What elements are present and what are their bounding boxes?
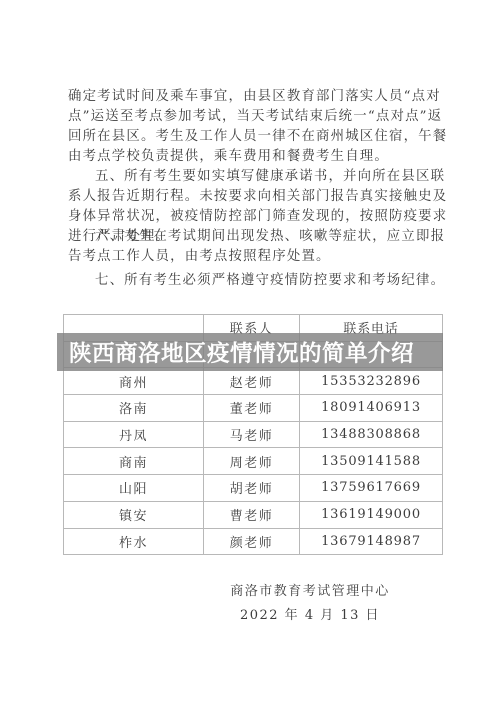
- table-row: 商州 赵老师 15353232896: [64, 368, 443, 395]
- contact-cell: 董老师: [204, 395, 300, 422]
- phone-cell: 18091406913: [300, 395, 443, 422]
- phone-cell: 13488308868: [300, 421, 443, 448]
- region-cell: 山阳: [64, 475, 204, 502]
- table-row: 洛南 董老师 18091406913: [64, 395, 443, 422]
- table-row: 柞水 颜老师 13679148987: [64, 528, 443, 555]
- region-cell: 丹凤: [64, 421, 204, 448]
- phone-cell: 13619149000: [300, 501, 443, 528]
- contact-cell: 颜老师: [204, 528, 300, 555]
- paragraph-discipline: 七、所有考生必须严格遵守疫情防控要求和考场纪律。: [68, 271, 448, 291]
- signature-organization: 商洛市教育考试管理中心: [0, 580, 500, 599]
- signature-date: 2022 年 4 月 13 日: [0, 604, 500, 623]
- contact-cell: 胡老师: [204, 475, 300, 502]
- title-banner: 陕西商洛地区疫情情况的简单介绍: [57, 333, 443, 371]
- banner-title: 陕西商洛地区疫情情况的简单介绍: [69, 336, 414, 368]
- contact-cell: 赵老师: [204, 368, 300, 395]
- phone-cell: 13679148987: [300, 528, 443, 555]
- region-cell: 洛南: [64, 395, 204, 422]
- paragraph-symptoms: 六、考生在考试期间出现发热、咳嗽等症状，应立即报告考点工作人员，由考点按照程序处…: [68, 227, 448, 267]
- paragraph-transport: 确定考试时间及乘车事宜，由县区教育部门落实人员“点对点”运送至考点参加考试，当天…: [68, 87, 448, 167]
- region-cell: 柞水: [64, 528, 204, 555]
- table-row: 山阳 胡老师 13759617669: [64, 475, 443, 502]
- region-cell: 商州: [64, 368, 204, 395]
- table-row: 商南 周老师 13509141588: [64, 448, 443, 475]
- contact-cell: 曹老师: [204, 501, 300, 528]
- phone-cell: 13509141588: [300, 448, 443, 475]
- phone-cell: 15353232896: [300, 368, 443, 395]
- contact-cell: 马老师: [204, 421, 300, 448]
- phone-cell: 13759617669: [300, 475, 443, 502]
- region-cell: 商南: [64, 448, 204, 475]
- table-row: 镇安 曹老师 13619149000: [64, 501, 443, 528]
- table-row: 丹凤 马老师 13488308868: [64, 421, 443, 448]
- region-cell: 镇安: [64, 501, 204, 528]
- contact-cell: 周老师: [204, 448, 300, 475]
